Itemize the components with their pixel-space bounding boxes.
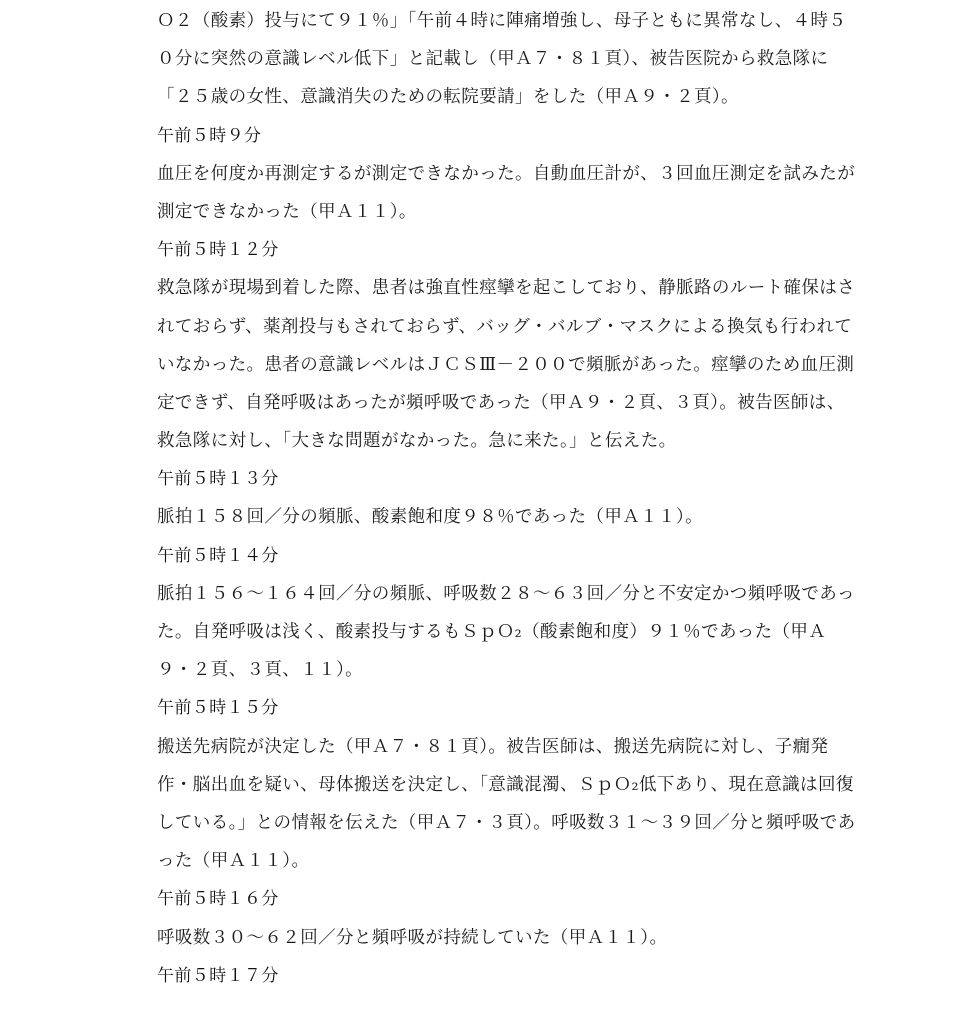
paragraph-line: 呼吸数３０～６２回／分と頻呼吸が持続していた（甲Ａ１１）。: [157, 919, 877, 957]
time-heading: 午前５時９分: [157, 117, 877, 155]
time-heading: 午前５時１６分: [157, 880, 877, 918]
paragraph-line: いなかった。患者の意識レベルはＪＣＳⅢ－２００で頻脈があった。痙攣のため血圧測: [157, 346, 877, 384]
paragraph-line: った（甲Ａ１１）。: [157, 842, 877, 880]
paragraph-line: ０分に突然の意識レベル低下」と記載し（甲Ａ７・８１頁）、被告医院から救急隊に: [157, 40, 877, 78]
paragraph-line: 作・脳出血を疑い、母体搬送を決定し、「意識混濁、ＳｐＯ₂低下あり、現在意識は回復: [157, 766, 877, 804]
paragraph-line: 脈拍１５６～１６４回／分の頻脈、呼吸数２８～６３回／分と不安定かつ頻呼吸であっ: [157, 575, 877, 613]
paragraph-line: 定できず、自発呼吸はあったが頻呼吸であった（甲Ａ９・２頁、３頁）。被告医師は、: [157, 384, 877, 422]
paragraph-line: 脈拍１５８回／分の頻脈、酸素飽和度９８％であった（甲Ａ１１）。: [157, 498, 877, 536]
paragraph-line: れておらず、薬剤投与もされておらず、バッグ・バルブ・マスクによる換気も行われて: [157, 308, 877, 346]
paragraph-line: た。自発呼吸は浅く、酸素投与するもＳｐＯ₂（酸素飽和度）９１％であった（甲Ａ: [157, 613, 877, 651]
paragraph-line: 血圧を何度か再測定するが測定できなかった。自動血圧計が、３回血圧測定を試みたが: [157, 155, 877, 193]
time-heading: 午前５時１３分: [157, 460, 877, 498]
paragraph-line: 測定できなかった（甲Ａ１１）。: [157, 193, 877, 231]
time-heading: 午前５時１７分: [157, 957, 877, 995]
paragraph-line: 救急隊が現場到着した際、患者は強直性痙攣を起こしており、静脈路のルート確保はさ: [157, 269, 877, 307]
paragraph-line: Ｏ２（酸素）投与にて９１％」「午前４時に陣痛増強し、母子ともに異常なし、４時５: [157, 2, 877, 40]
paragraph-line: 救急隊に対し、「大きな問題がなかった。急に来た。」と伝えた。: [157, 422, 877, 460]
time-heading: 午前５時１４分: [157, 537, 877, 575]
paragraph-line: 「２５歳の女性、意識消失のための転院要請」をした（甲Ａ９・２頁）。: [157, 78, 877, 116]
paragraph-line: 搬送先病院が決定した（甲Ａ７・８１頁）。被告医師は、搬送先病院に対し、子癇発: [157, 728, 877, 766]
time-heading: 午前５時１２分: [157, 231, 877, 269]
paragraph-line: ９・２頁、３頁、１１）。: [157, 651, 877, 689]
paragraph-line: している。」との情報を伝えた（甲Ａ７・３頁）。呼吸数３１～３９回／分と頻呼吸であ: [157, 804, 877, 842]
document-page: Ｏ２（酸素）投与にて９１％」「午前４時に陣痛増強し、母子ともに異常なし、４時５ …: [157, 2, 877, 995]
time-heading: 午前５時１５分: [157, 689, 877, 727]
